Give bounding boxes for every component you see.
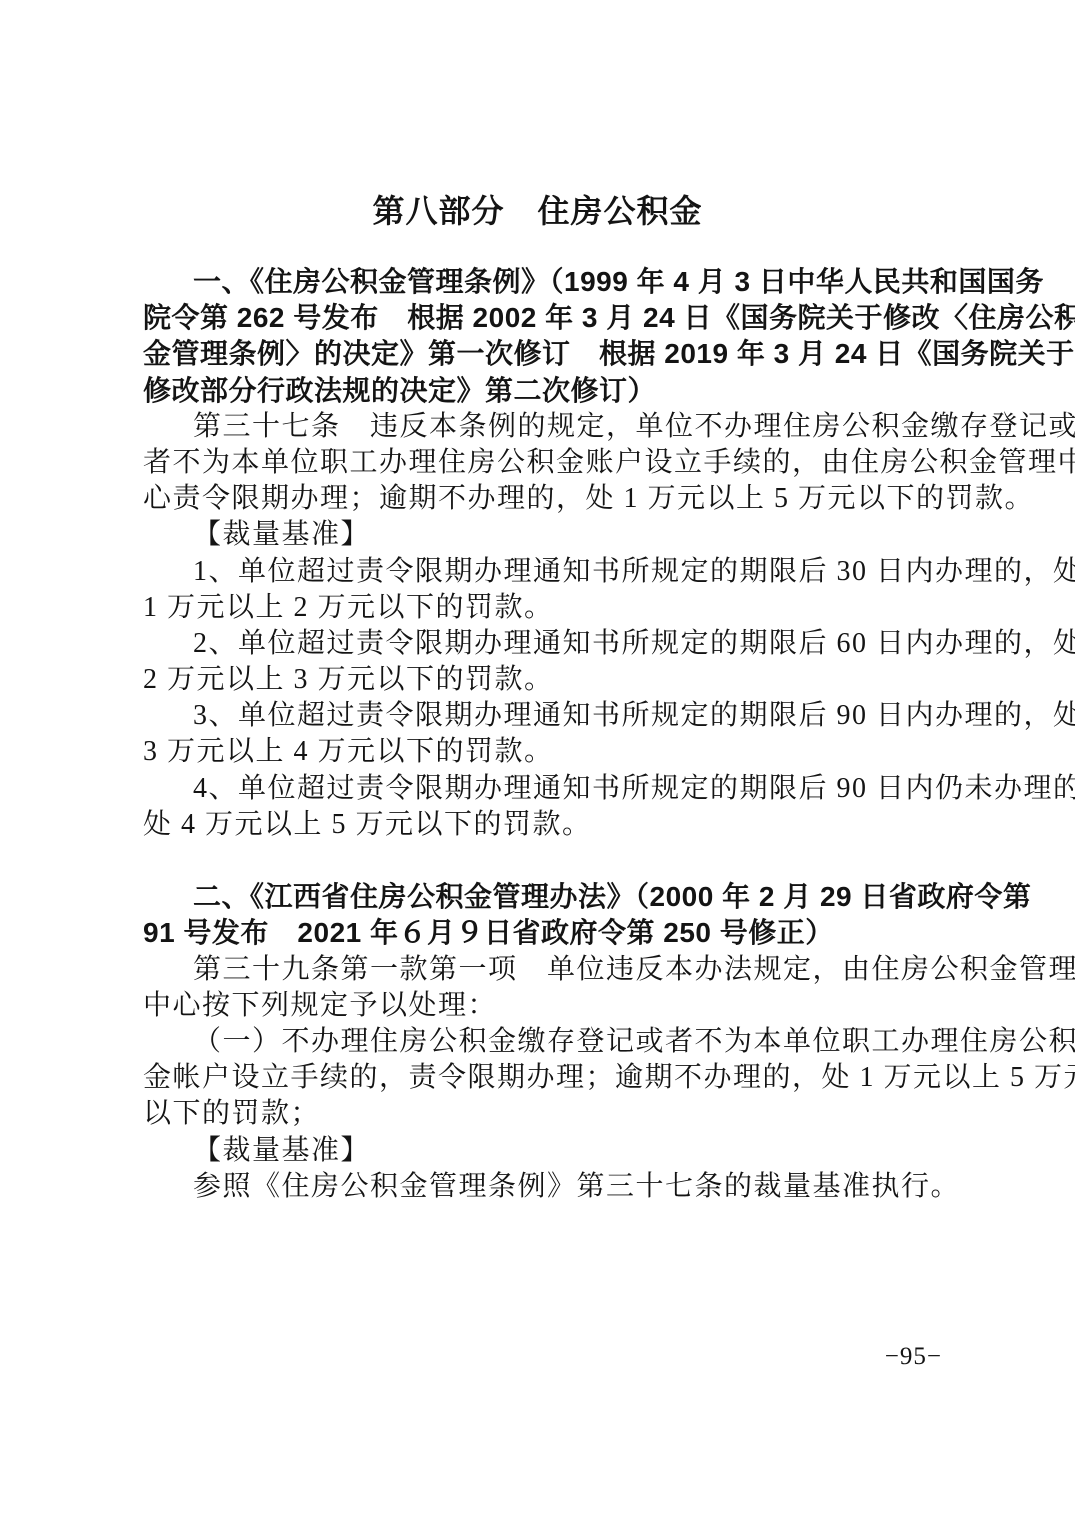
text-line: 第三十九条第一款第一项 单位违反本办法规定，由住房公积金管理 (143, 952, 945, 988)
text-line: 【裁量基准】 (143, 1133, 945, 1169)
text-line: 4、单位超过责令限期办理通知书所规定的期限后 90 日内仍未办理的， (143, 771, 945, 807)
text-line: 91 号发布 2021 年６月９日省政府令第 250 号修正） (143, 915, 945, 951)
text-line: 2、单位超过责令限期办理通知书所规定的期限后 60 日内办理的，处 (143, 626, 945, 662)
text-line: 1、单位超过责令限期办理通知书所规定的期限后 30 日内办理的，处 (143, 554, 945, 590)
text-line: 3、单位超过责令限期办理通知书所规定的期限后 90 日内办理的，处 (143, 698, 945, 734)
document-page: 第八部分 住房公积金 一、《住房公积金管理条例》（1999 年 4 月 3 日中… (0, 0, 1075, 1520)
document-title: 第八部分 住房公积金 (0, 191, 1075, 231)
text-line: 一、《住房公积金管理条例》（1999 年 4 月 3 日中华人民共和国国务 (143, 264, 945, 300)
text-line: 者不为本单位职工办理住房公积金账户设立手续的，由住房公积金管理中 (143, 445, 945, 481)
text-line: 第三十七条 违反本条例的规定，单位不办理住房公积金缴存登记或 (143, 409, 945, 445)
text-line: 修改部分行政法规的决定》第二次修订） (143, 373, 945, 409)
blank-line (143, 843, 945, 879)
text-line: 金帐户设立手续的，责令限期办理；逾期不办理的，处 1 万元以上 5 万元 (143, 1060, 945, 1096)
body-lines: 一、《住房公积金管理条例》（1999 年 4 月 3 日中华人民共和国国务院令第… (143, 264, 945, 1205)
text-line: 2 万元以上 3 万元以下的罚款。 (143, 662, 945, 698)
text-line: 心责令限期办理；逾期不办理的，处 1 万元以上 5 万元以下的罚款。 (143, 481, 945, 517)
text-line: 【裁量基准】 (143, 517, 945, 553)
text-line: 处 4 万元以上 5 万元以下的罚款。 (143, 807, 945, 843)
text-line: 1 万元以上 2 万元以下的罚款。 (143, 590, 945, 626)
text-line: 3 万元以上 4 万元以下的罚款。 (143, 734, 945, 770)
text-line: 二、《江西省住房公积金管理办法》（2000 年 2 月 29 日省政府令第 (143, 879, 945, 915)
text-line: 以下的罚款； (143, 1096, 945, 1132)
text-line: 金管理条例〉的决定》第一次修订 根据 2019 年 3 月 24 日《国务院关于 (143, 336, 945, 372)
text-line: （一）不办理住房公积金缴存登记或者不为本单位职工办理住房公积 (143, 1024, 945, 1060)
text-line: 中心按下列规定予以处理： (143, 988, 945, 1024)
text-line: 院令第 262 号发布 根据 2002 年 3 月 24 日《国务院关于修改〈住… (143, 300, 945, 336)
text-line: 参照《住房公积金管理条例》第三十七条的裁量基准执行。 (143, 1169, 945, 1205)
page-number: −95− (885, 1342, 942, 1372)
